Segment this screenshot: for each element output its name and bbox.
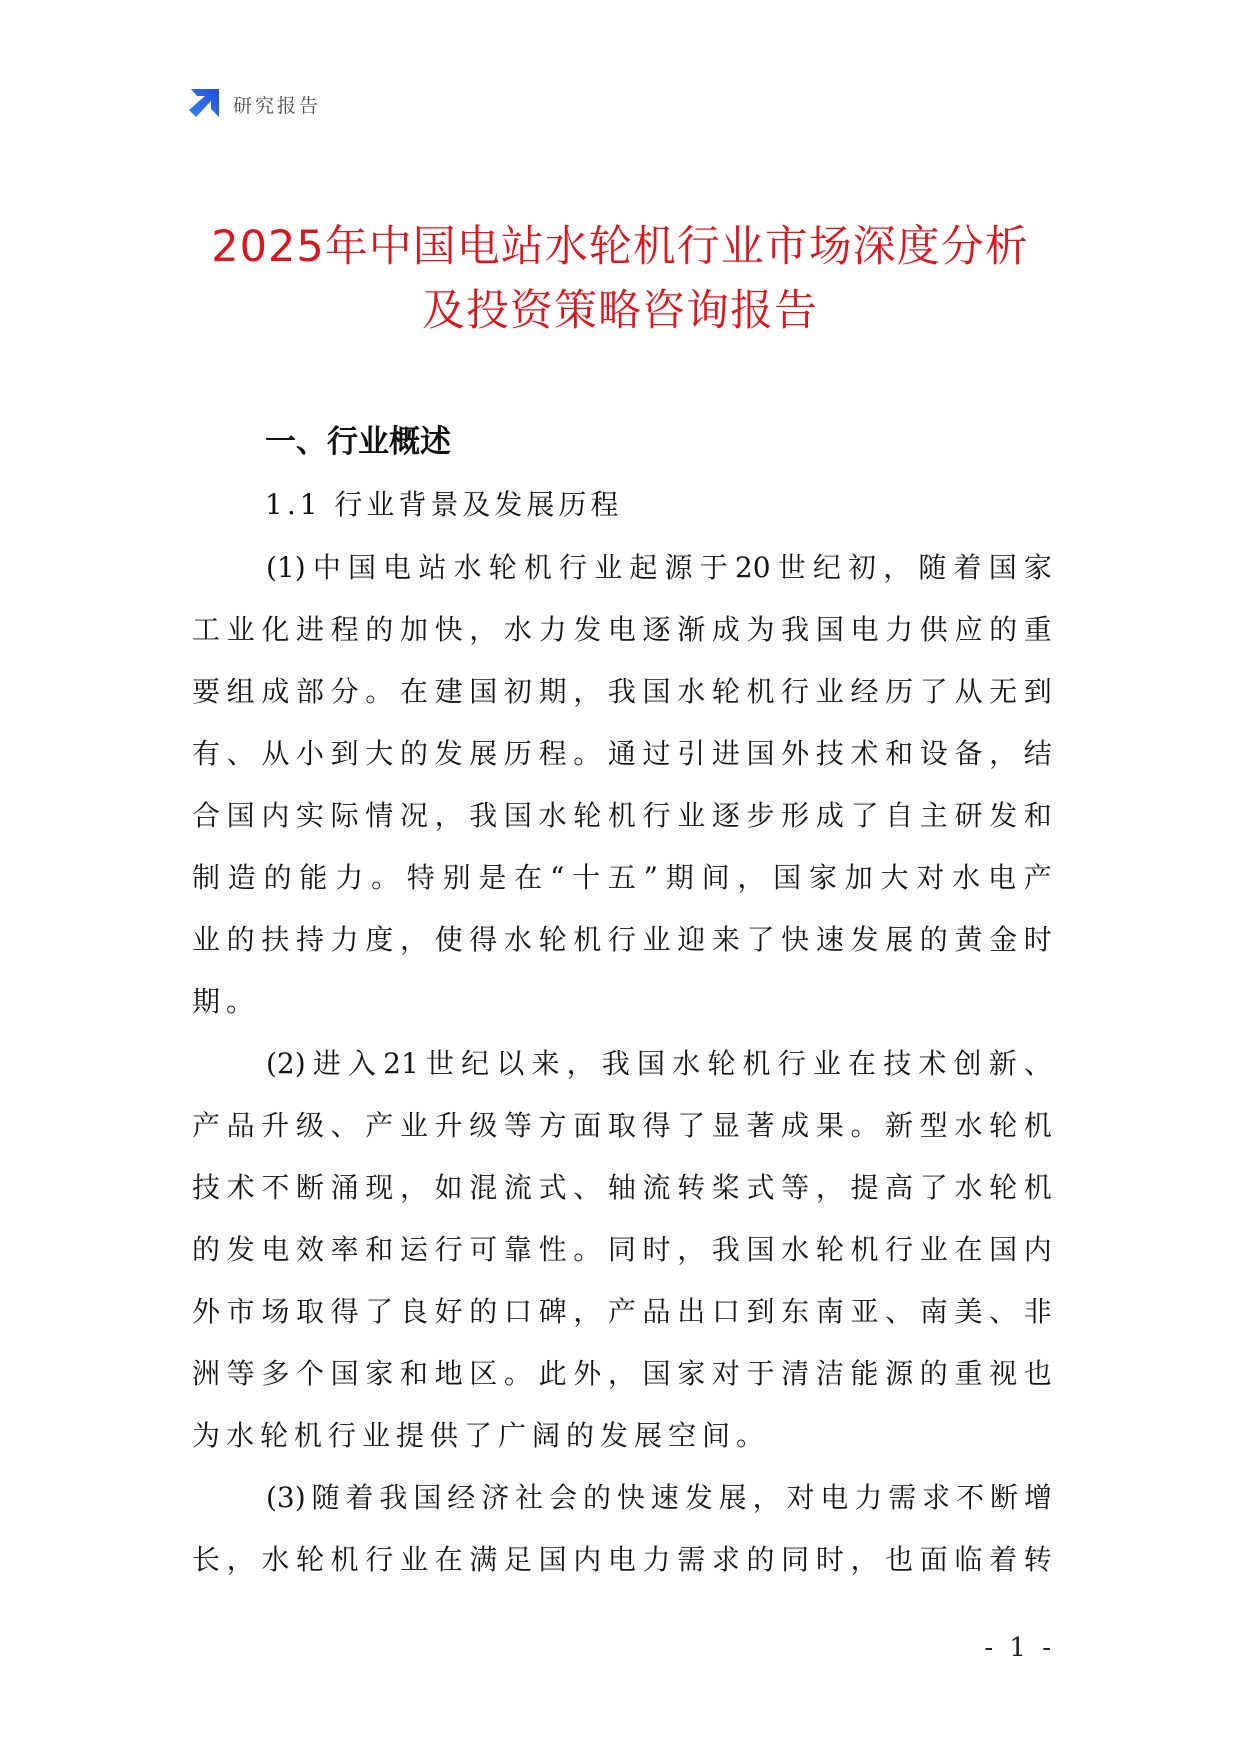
paragraph-line: 产品升级、产业升级等方面取得了显著成果。新型水轮机 — [192, 1095, 1052, 1157]
paragraph-line: (2)进入21世纪以来，我国水轮机行业在技术创新、 — [192, 1033, 1052, 1095]
paragraph-line: 为水轮机行业提供了广阔的发展空间。 — [192, 1405, 1052, 1467]
paragraph-1: (1)中国电站水轮机行业起源于20世纪初，随着国家 工业化进程的加快，水力发电逐… — [192, 537, 1052, 1033]
body-text: (1)中国电站水轮机行业起源于20世纪初，随着国家 工业化进程的加快，水力发电逐… — [192, 537, 1052, 1591]
arrow-up-right-icon — [187, 87, 221, 121]
paragraph-line: 的发电效率和运行可靠性。同时，我国水轮机行业在国内 — [192, 1219, 1052, 1281]
paragraph-2: (2)进入21世纪以来，我国水轮机行业在技术创新、 产品升级、产业升级等方面取得… — [192, 1033, 1052, 1467]
paragraph-line: 制造的能力。特别是在“十五”期间，国家加大对水电产 — [192, 847, 1052, 909]
paragraph-line: 要组成部分。在建国初期，我国水轮机行业经历了从无到 — [192, 661, 1052, 723]
paragraph-line: 合国内实际情况，我国水轮机行业逐步形成了自主研发和 — [192, 785, 1052, 847]
paragraph-line: 有、从小到大的发展历程。通过引进国外技术和设备，结 — [192, 723, 1052, 785]
paragraph-line: 技术不断涌现，如混流式、轴流转桨式等，提高了水轮机 — [192, 1157, 1052, 1219]
paragraph-line: 长，水轮机行业在满足国内电力需求的同时，也面临着转 — [192, 1529, 1052, 1591]
document-title: 2025年中国电站水轮机行业市场深度分析 及投资策略咨询报告 — [0, 215, 1240, 343]
paragraph-line: (1)中国电站水轮机行业起源于20世纪初，随着国家 — [192, 537, 1052, 599]
paragraph-line: 工业化进程的加快，水力发电逐渐成为我国电力供应的重 — [192, 599, 1052, 661]
paragraph-line: 业的扶持力度，使得水轮机行业迎来了快速发展的黄金时 — [192, 909, 1052, 971]
page-number: - 1 - — [975, 1630, 1055, 1666]
paragraph-line: 期。 — [192, 971, 1052, 1033]
paragraph-line: 洲等多个国家和地区。此外，国家对于清洁能源的重视也 — [192, 1343, 1052, 1405]
subsection-heading: 1.1 行业背景及发展历程 — [265, 484, 622, 526]
paragraph-line: (3)随着我国经济社会的快速发展，对电力需求不断增 — [192, 1467, 1052, 1529]
report-header: 研究报告 — [187, 86, 321, 122]
paragraph-3: (3)随着我国经济社会的快速发展，对电力需求不断增 长，水轮机行业在满足国内电力… — [192, 1467, 1052, 1591]
title-line-1: 2025年中国电站水轮机行业市场深度分析 — [0, 215, 1240, 279]
title-line-2: 及投资策略咨询报告 — [0, 279, 1240, 343]
section-heading: 一、行业概述 — [265, 420, 451, 464]
report-type-label: 研究报告 — [233, 91, 321, 118]
paragraph-line: 外市场取得了良好的口碑，产品出口到东南亚、南美、非 — [192, 1281, 1052, 1343]
